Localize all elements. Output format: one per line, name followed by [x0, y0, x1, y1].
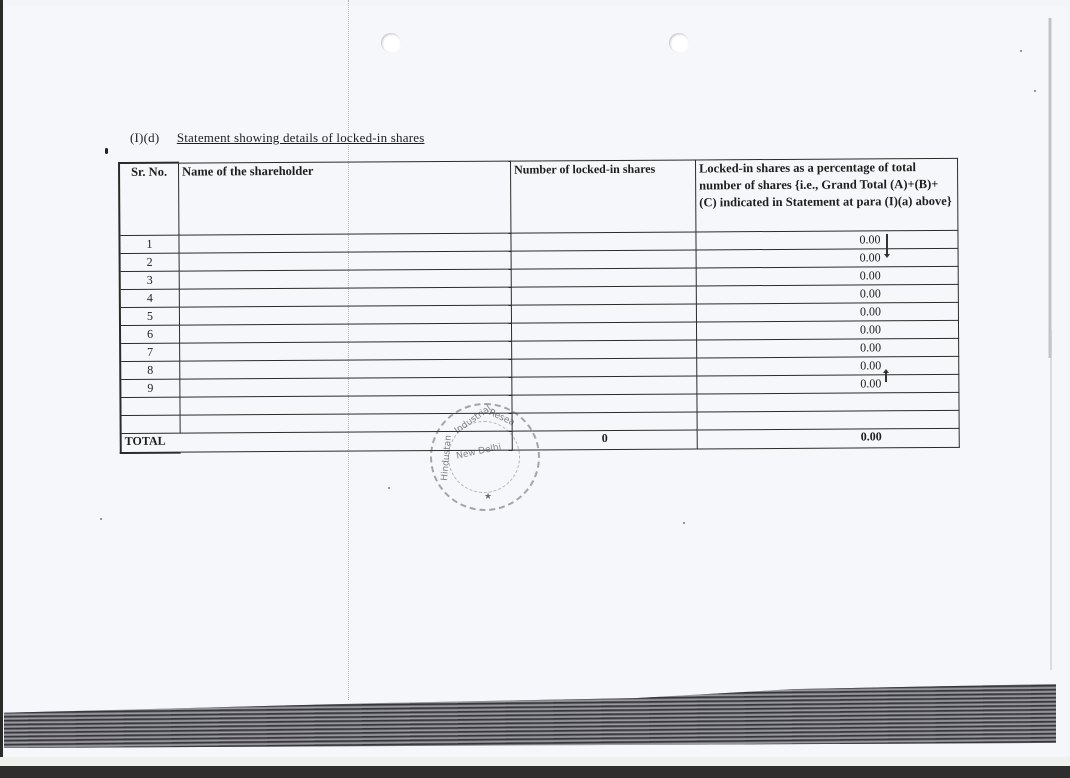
cell-sr-no — [120, 397, 180, 415]
cell-shareholder-name — [180, 359, 512, 379]
section-title: Statement showing details of locked-in s… — [177, 130, 425, 145]
cell-number-locked — [511, 267, 696, 286]
scan-left-edge — [0, 0, 3, 778]
total-percentage: 0.00 — [697, 428, 959, 449]
scan-speck — [1034, 90, 1036, 92]
page-edge-shadow — [1048, 18, 1052, 358]
cell-percentage — [697, 392, 959, 412]
cell-sr-no: 5 — [120, 307, 180, 325]
cell-shareholder-name — [179, 323, 511, 343]
company-seal-stamp: Industrial Resea Hindustan New Delhi ★ — [430, 403, 540, 511]
pen-arrow-up-icon — [885, 372, 887, 382]
cell-shareholder-name — [179, 251, 511, 271]
cell-shareholder-name — [179, 233, 511, 253]
cell-percentage: 0.00 — [696, 320, 958, 340]
punch-hole-right — [669, 33, 689, 53]
table-body: 10.0020.0030.0040.0050.0060.0070.0080.00… — [119, 230, 959, 433]
cell-sr-no: 3 — [120, 271, 180, 289]
cell-number-locked — [511, 285, 696, 304]
page-edge-shadow-lower — [1050, 330, 1052, 670]
cell-sr-no: 4 — [120, 289, 180, 307]
punch-hole-left — [381, 33, 401, 53]
scan-bottom-edge — [0, 766, 1070, 778]
cell-percentage: 0.00 — [697, 374, 959, 394]
section-heading: (I)(d) Statement showing details of lock… — [130, 130, 424, 146]
cell-shareholder-name — [180, 377, 512, 397]
header-percentage: Locked-in shares as a percentage of tota… — [695, 158, 957, 232]
header-sr-no: Sr. No. — [119, 163, 179, 235]
header-shareholder-name: Name of the shareholder — [179, 161, 511, 235]
scan-bottom-strip — [0, 757, 1070, 766]
bullet-mark — [105, 148, 108, 154]
cell-percentage: 0.00 — [696, 230, 958, 250]
cell-percentage: 0.00 — [697, 356, 959, 376]
scan-speck — [1020, 50, 1022, 52]
section-label: (I)(d) — [130, 130, 159, 145]
cell-number-locked — [512, 393, 697, 412]
star-icon: ★ — [484, 491, 492, 502]
cell-sr-no: 1 — [119, 235, 179, 253]
cell-percentage: 0.00 — [696, 266, 958, 286]
scan-speck — [100, 518, 102, 520]
cell-shareholder-name — [180, 341, 512, 361]
total-number: 0 — [512, 429, 697, 450]
cell-number-locked — [511, 231, 696, 250]
cell-percentage: 0.00 — [696, 248, 958, 268]
cell-sr-no: 6 — [120, 325, 180, 343]
cell-number-locked — [512, 375, 697, 394]
cell-number-locked — [512, 411, 697, 430]
cell-number-locked — [511, 303, 696, 322]
total-label: TOTAL — [121, 433, 181, 453]
cell-sr-no: 8 — [120, 361, 180, 379]
cell-sr-no: 2 — [120, 253, 180, 271]
table-header-row: Sr. No. Name of the shareholder Number o… — [119, 158, 958, 235]
cell-percentage: 0.00 — [696, 302, 958, 322]
cell-shareholder-name — [179, 269, 511, 289]
cell-shareholder-name — [179, 287, 511, 307]
cell-number-locked — [512, 339, 697, 358]
cell-percentage: 0.00 — [696, 284, 958, 304]
total-row: TOTAL 0 0.00 — [121, 428, 960, 453]
cell-number-locked — [511, 321, 696, 340]
cell-sr-no — [121, 415, 181, 433]
pen-arrow-down-icon — [886, 234, 888, 256]
cell-percentage — [697, 410, 959, 430]
cell-number-locked — [511, 249, 696, 268]
scan-speck — [683, 522, 685, 524]
cell-sr-no: 7 — [120, 343, 180, 361]
locked-in-shares-table: Sr. No. Name of the shareholder Number o… — [118, 157, 960, 454]
cell-shareholder-name — [179, 305, 511, 325]
cell-number-locked — [512, 357, 697, 376]
scan-speck — [388, 487, 390, 489]
cell-percentage: 0.00 — [697, 338, 959, 358]
cell-sr-no: 9 — [120, 379, 180, 397]
header-number-locked: Number of locked-in shares — [510, 159, 695, 232]
